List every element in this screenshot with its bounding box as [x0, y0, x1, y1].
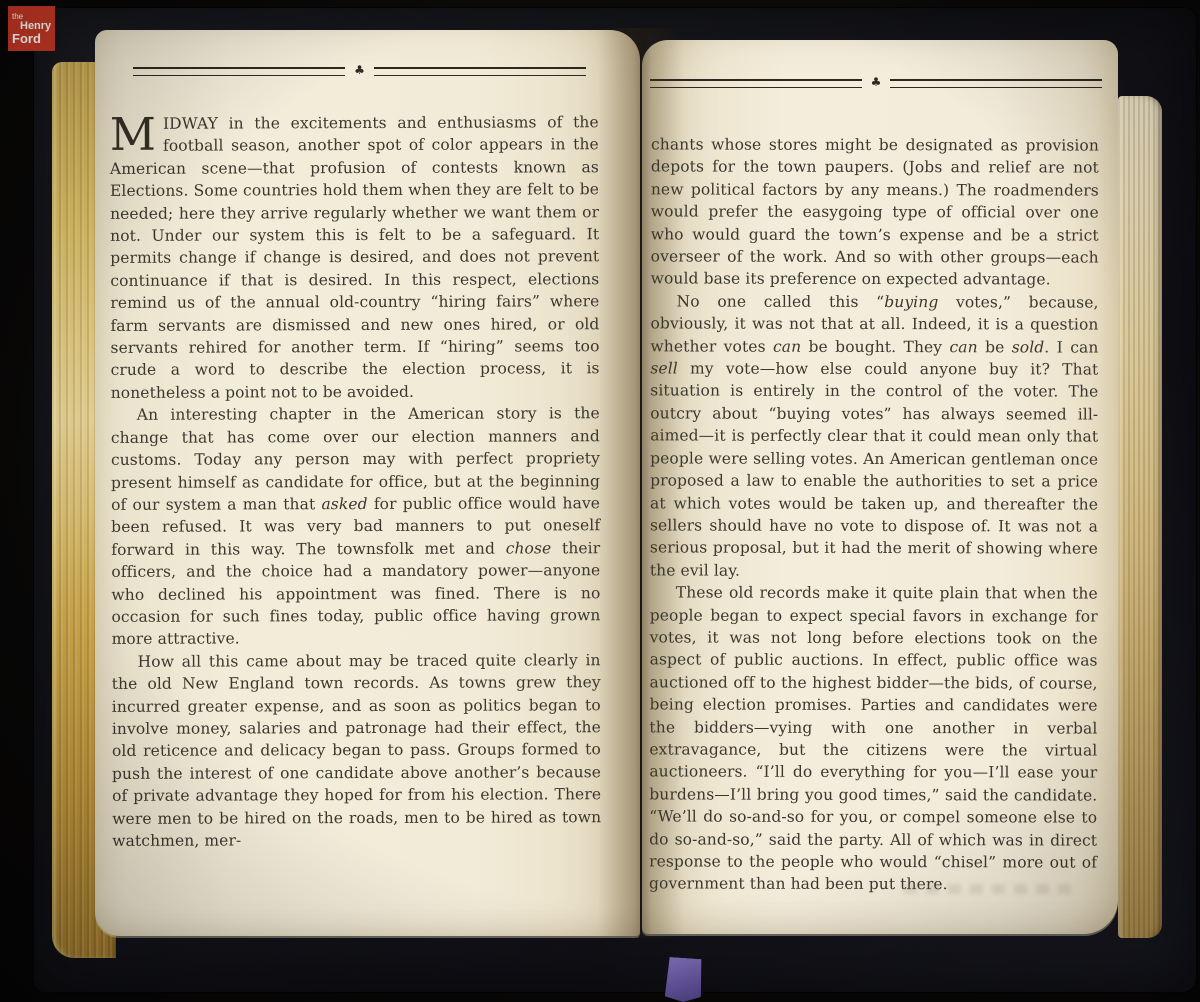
rule-line — [374, 67, 586, 76]
paragraph: No one called this “buying votes,” becau… — [650, 290, 1099, 582]
henry-ford-logo: the Henry Ford — [8, 6, 55, 51]
headpiece-rule: ♣ — [650, 78, 1102, 88]
right-page: ♣ chants whose stores might be designate… — [642, 40, 1118, 934]
drop-cap: M — [110, 113, 163, 153]
rule-line — [650, 79, 862, 88]
paragraph: These old records make it quite plain th… — [649, 582, 1098, 897]
right-page-text: chants whose stores might be designated … — [642, 133, 1118, 896]
left-page-text: MIDWAY in the excitements and enthusiasm… — [95, 111, 640, 852]
paragraph: An interesting chapter in the American s… — [111, 402, 601, 650]
headpiece-rule: ♣ — [133, 66, 586, 76]
fleuron-icon: ♣ — [354, 65, 365, 75]
paragraph: chants whose stores might be designated … — [651, 133, 1099, 291]
rule-line — [133, 67, 345, 76]
show-through-smudge — [904, 884, 1074, 894]
book-photograph: ♣ MIDWAY in the excitements and enthusia… — [0, 0, 1200, 1002]
fleuron-icon: ♣ — [871, 77, 882, 87]
logo-text-ford: Ford — [12, 32, 52, 45]
bookmark-ribbon — [665, 957, 704, 1002]
left-page: ♣ MIDWAY in the excitements and enthusia… — [95, 30, 640, 936]
right-page-fore-edges — [1118, 96, 1162, 938]
paragraph: MIDWAY in the excitements and enthusiasm… — [110, 111, 600, 404]
rule-line — [890, 79, 1102, 88]
paragraph: How all this came about may be traced qu… — [112, 649, 602, 852]
